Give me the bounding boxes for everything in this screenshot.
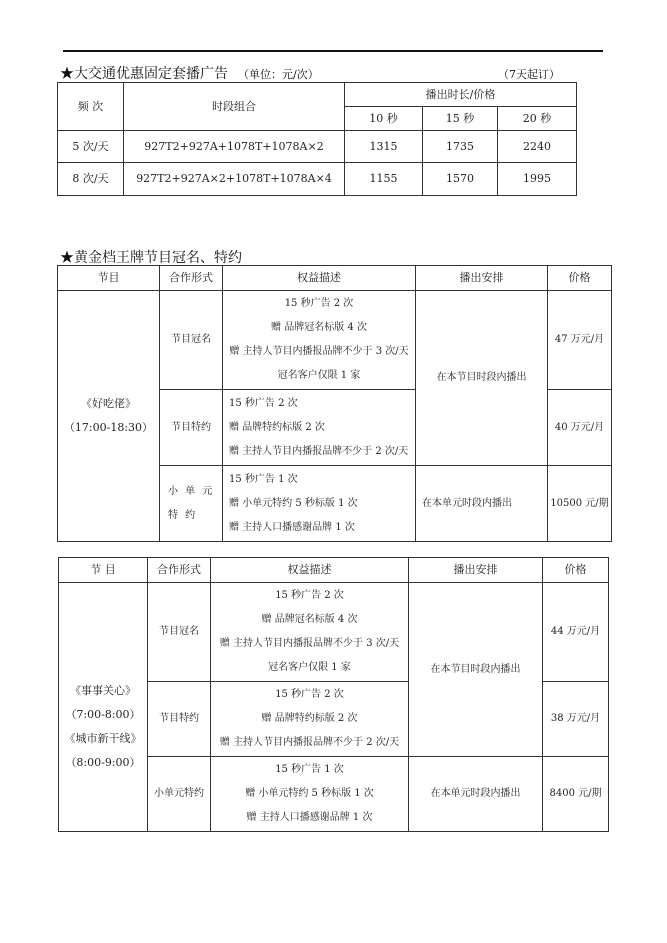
header-price: 价格 xyxy=(543,558,609,583)
cell-form: 节目特约 xyxy=(160,390,223,466)
morning-program-table: 节 目 合作形式 权益描述 播出安排 价格 《事事关心》 （7:00-8:00）… xyxy=(58,557,609,832)
cell-frequency: 8 次/天 xyxy=(58,163,124,196)
cell-benefits: 15 秒广告 1 次 赠 小单元特约 5 秒标版 1 次 赠 主持人口播感谢品牌… xyxy=(211,757,409,832)
header-program: 节目 xyxy=(58,266,160,291)
section2-title: ★黄金档王牌节目冠名、特约 xyxy=(60,247,242,267)
section1-title: ★大交通优惠固定套播广告（单位：元/次） xyxy=(60,63,319,83)
cell-schedule: 在本节目时段内播出 xyxy=(409,583,543,757)
cell-price: 40 万元/月 xyxy=(548,390,612,466)
table-header-row: 节 目 合作形式 权益描述 播出安排 价格 xyxy=(59,558,609,583)
cell-benefits: 15 秒广告 2 次 赠 品牌特约标版 2 次 赠 主持人节目内播报品牌不少于 … xyxy=(211,682,409,757)
program-name: 《好吃佬》 xyxy=(58,392,159,416)
benefit-line: 冠名客户仅限 1 家 xyxy=(211,656,408,680)
cell-program: 《好吃佬》 （17:00-18:30） xyxy=(58,291,160,542)
benefit-line: 赠 品牌特约标版 2 次 xyxy=(223,416,415,440)
top-rule xyxy=(63,50,603,52)
benefit-line: 赠 品牌冠名标版 4 次 xyxy=(211,608,408,632)
cell-schedule: 在本单元时段内播出 xyxy=(409,757,543,832)
cell-combo: 927T2+927A+1078T+1078A×2 xyxy=(124,131,345,163)
cell-form: 小 单 元 特 约 xyxy=(160,466,223,542)
cell-program: 《事事关心》 （7:00-8:00） 《城市新干线》 （8:00-9:00） xyxy=(59,583,148,832)
benefit-line: 15 秒广告 1 次 xyxy=(211,758,408,782)
cell-form: 小单元特约 xyxy=(148,757,211,832)
cell-form: 节目冠名 xyxy=(148,583,211,682)
cell-price: 44 万元/月 xyxy=(543,583,609,682)
benefit-line: 15 秒广告 2 次 xyxy=(211,683,408,707)
header-schedule: 播出安排 xyxy=(416,266,548,291)
golden-time-table: 节目 合作形式 权益描述 播出安排 价格 《好吃佬》 （17:00-18:30）… xyxy=(57,265,612,542)
program-time: （8:00-9:00） xyxy=(59,751,147,775)
cell-combo: 927T2+927A×2+1078T+1078A×4 xyxy=(124,163,345,196)
header-15s: 15 秒 xyxy=(423,107,498,131)
benefit-line: 15 秒广告 2 次 xyxy=(223,292,415,316)
cell-benefits: 15 秒广告 1 次 赠 小单元特约 5 秒标版 1 次 赠 主持人口播感谢品牌… xyxy=(223,466,416,542)
cell-form: 节目冠名 xyxy=(160,291,223,390)
benefit-line: 赠 主持人口播感谢品牌 1 次 xyxy=(223,516,415,540)
benefit-line: 15 秒广告 2 次 xyxy=(211,584,408,608)
cell-benefits: 15 秒广告 2 次 赠 品牌冠名标版 4 次 赠 主持人节目内播报品牌不少于 … xyxy=(211,583,409,682)
table-row: 5 次/天 927T2+927A+1078T+1078A×2 1315 1735… xyxy=(58,131,577,163)
cell-price-10s: 1315 xyxy=(345,131,423,163)
cell-form: 节目特约 xyxy=(148,682,211,757)
benefit-line: 赠 品牌冠名标版 4 次 xyxy=(223,316,415,340)
program-name: 《事事关心》 xyxy=(59,679,147,703)
cell-frequency: 5 次/天 xyxy=(58,131,124,163)
cell-schedule: 在本单元时段内播出 xyxy=(416,466,548,542)
benefit-line: 赠 主持人口播感谢品牌 1 次 xyxy=(211,806,408,830)
benefit-line: 赠 主持人节目内播报品牌不少于 2 次/天 xyxy=(211,731,408,755)
header-benefits: 权益描述 xyxy=(211,558,409,583)
header-form: 合作形式 xyxy=(148,558,211,583)
cell-price: 10500 元/期 xyxy=(548,466,612,542)
program-name: 《城市新干线》 xyxy=(59,727,147,751)
benefit-line: 赠 主持人节目内播报品牌不少于 3 次/天 xyxy=(211,632,408,656)
header-price: 价格 xyxy=(548,266,612,291)
cell-price-10s: 1155 xyxy=(345,163,423,196)
cell-benefits: 15 秒广告 2 次 赠 品牌冠名标版 4 次 赠 主持人节目内播报品牌不少于 … xyxy=(223,291,416,390)
benefit-line: 赠 主持人节目内播报品牌不少于 3 次/天 xyxy=(223,340,415,364)
benefit-line: 赠 小单元特约 5 秒标版 1 次 xyxy=(223,492,415,516)
header-20s: 20 秒 xyxy=(498,107,577,131)
section1-note: （7天起订） xyxy=(498,66,560,82)
fixed-package-table: 频 次 时段组合 播出时长/价格 10 秒 15 秒 20 秒 5 次/天 92… xyxy=(57,82,577,196)
cell-price: 8400 元/期 xyxy=(543,757,609,832)
benefit-line: 15 秒广告 2 次 xyxy=(223,392,415,416)
cell-benefits: 15 秒广告 2 次 赠 品牌特约标版 2 次 赠 主持人节目内播报品牌不少于 … xyxy=(223,390,416,466)
header-program: 节 目 xyxy=(59,558,148,583)
header-10s: 10 秒 xyxy=(345,107,423,131)
section1-unit: （单位：元/次） xyxy=(238,68,319,81)
header-benefits: 权益描述 xyxy=(223,266,416,291)
header-duration-price: 播出时长/价格 xyxy=(345,83,577,107)
header-combo: 时段组合 xyxy=(124,83,345,131)
header-frequency: 频 次 xyxy=(58,83,124,131)
header-schedule: 播出安排 xyxy=(409,558,543,583)
table-header-row: 频 次 时段组合 播出时长/价格 xyxy=(58,83,577,107)
benefit-line: 赠 品牌特约标版 2 次 xyxy=(211,707,408,731)
benefit-line: 赠 小单元特约 5 秒标版 1 次 xyxy=(211,782,408,806)
table-row: 《好吃佬》 （17:00-18:30） 节目冠名 15 秒广告 2 次 赠 品牌… xyxy=(58,291,612,390)
program-time: （17:00-18:30） xyxy=(58,416,159,440)
benefit-line: 赠 主持人节目内播报品牌不少于 2 次/天 xyxy=(223,440,415,464)
header-form: 合作形式 xyxy=(160,266,223,291)
benefit-line: 冠名客户仅限 1 家 xyxy=(223,364,415,388)
cell-price-20s: 1995 xyxy=(498,163,577,196)
benefit-line: 15 秒广告 1 次 xyxy=(223,468,415,492)
cell-price-15s: 1570 xyxy=(423,163,498,196)
section1-title-text: ★大交通优惠固定套播广告 xyxy=(60,66,228,82)
table-row: 《事事关心》 （7:00-8:00） 《城市新干线》 （8:00-9:00） 节… xyxy=(59,583,609,682)
cell-price-15s: 1735 xyxy=(423,131,498,163)
cell-price: 47 万元/月 xyxy=(548,291,612,390)
table-row: 8 次/天 927T2+927A×2+1078T+1078A×4 1155 15… xyxy=(58,163,577,196)
table-header-row: 节目 合作形式 权益描述 播出安排 价格 xyxy=(58,266,612,291)
cell-price-20s: 2240 xyxy=(498,131,577,163)
program-time: （7:00-8:00） xyxy=(59,703,147,727)
cell-price: 38 万元/月 xyxy=(543,682,609,757)
cell-schedule: 在本节目时段内播出 xyxy=(416,291,548,466)
